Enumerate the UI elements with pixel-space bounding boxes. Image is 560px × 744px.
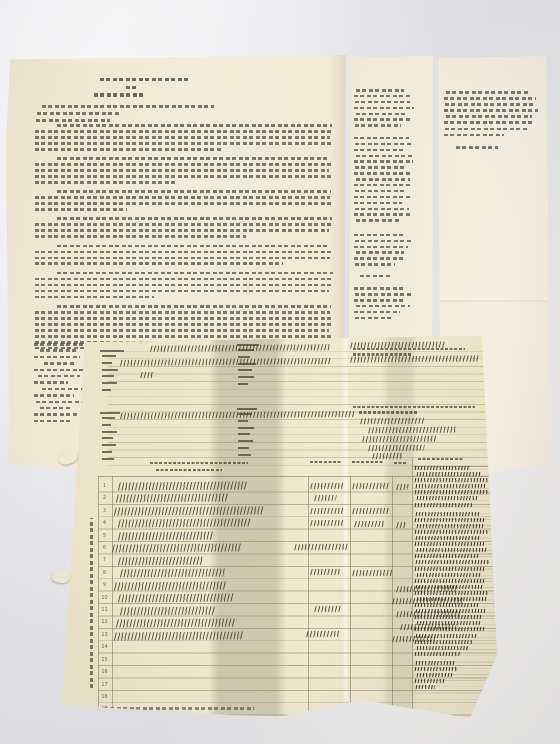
- typed-line: [35, 142, 331, 145]
- handwriting-line: [414, 579, 487, 583]
- handwriting-line: [414, 530, 489, 534]
- typed-line: [38, 375, 80, 378]
- typed-line: [360, 275, 392, 278]
- typed-line: [356, 89, 404, 92]
- typed-line: [57, 124, 332, 127]
- typed-line: [354, 246, 408, 249]
- handwriting-line: [416, 646, 469, 650]
- handwriting-line: [416, 524, 485, 528]
- typed-line: [100, 78, 188, 81]
- typed-line: [35, 296, 154, 299]
- typed-line: [35, 136, 330, 139]
- typed-line: [444, 97, 536, 100]
- handwriting-line: [414, 679, 445, 683]
- typed-line: [354, 107, 414, 110]
- handwriting-line: [414, 503, 473, 507]
- typed-line: [355, 293, 411, 296]
- handwriting-line: [414, 466, 471, 470]
- typed-line: [34, 356, 80, 359]
- typed-line: [34, 369, 89, 372]
- handwriting-line: [416, 673, 455, 677]
- handwritten-entry: [309, 508, 345, 514]
- typed-line: [57, 272, 333, 275]
- typed-line: [35, 278, 331, 281]
- typed-line: [354, 257, 406, 260]
- handwritten-entry: [305, 631, 341, 637]
- typed-line: [126, 86, 136, 89]
- handwriting-line: [414, 652, 461, 656]
- torn-paper-chip: [51, 569, 71, 585]
- handwriting-line: [415, 585, 484, 589]
- handwriting-line: [416, 597, 487, 601]
- typed-line: [37, 112, 119, 115]
- typed-line: [354, 95, 412, 98]
- typed-line: [35, 223, 331, 226]
- letter-title-block: [6, 78, 346, 101]
- letter-page3-text: [444, 91, 548, 152]
- typed-line: [35, 202, 332, 205]
- handwriting-line: [415, 512, 480, 516]
- handwriting-line: [414, 667, 459, 671]
- typed-line: [355, 208, 409, 211]
- typed-line: [354, 234, 404, 237]
- typed-line: [355, 143, 413, 146]
- typed-line: [35, 311, 330, 314]
- handwritten-entry: [313, 606, 340, 612]
- typed-line: [35, 148, 223, 151]
- handwriting-line: [415, 634, 478, 638]
- typed-line: [42, 105, 214, 108]
- typed-line: [35, 251, 332, 254]
- typed-line: [35, 235, 246, 238]
- typed-line: [354, 184, 412, 187]
- typed-line: [34, 394, 74, 397]
- typed-line: [355, 166, 405, 169]
- typed-line: [355, 101, 410, 104]
- handwritten-entry: [395, 522, 406, 528]
- typed-line: [355, 124, 401, 127]
- remarks-column-handwriting: [414, 466, 496, 691]
- typed-line: [354, 299, 404, 302]
- handwriting-line: [416, 573, 483, 577]
- typed-line: [354, 311, 400, 314]
- handwritten-entry: [353, 521, 385, 527]
- handwriting-line: [416, 472, 483, 476]
- handwriting-line: [415, 484, 486, 488]
- typed-line: [355, 317, 393, 320]
- typed-line: [445, 128, 527, 131]
- handwriting-line: [414, 554, 479, 558]
- typed-line: [34, 420, 70, 423]
- typed-line: [356, 113, 408, 116]
- typed-line: [354, 202, 402, 205]
- handwriting-line: [414, 603, 481, 607]
- typed-line: [57, 190, 331, 193]
- fold-crease: [438, 298, 550, 302]
- typed-line: [354, 213, 412, 216]
- handwriting-line: [414, 542, 485, 546]
- handwriting-line: [414, 591, 489, 595]
- typed-line: [356, 251, 404, 254]
- typed-line: [44, 362, 74, 365]
- handwriting-line: [414, 518, 487, 522]
- handwriting-line: [415, 536, 482, 540]
- typed-line: [35, 181, 178, 184]
- handwritten-entry: [309, 569, 341, 575]
- typed-line: [354, 172, 411, 175]
- typed-line: [354, 118, 411, 121]
- typed-line: [356, 178, 410, 181]
- typed-line: [94, 93, 146, 96]
- typed-line: [34, 343, 86, 346]
- footer-printed-line: [104, 707, 254, 710]
- side-printed-note: [90, 518, 93, 688]
- typed-line: [34, 413, 78, 416]
- typed-line: [35, 130, 332, 133]
- typed-line: [35, 317, 331, 320]
- typed-letter-page-2: [349, 56, 433, 354]
- typed-line: [40, 349, 78, 352]
- handwritten-entry: [293, 544, 349, 550]
- handwritten-entry: [351, 508, 391, 514]
- photo-surface: 12345678910111213141516171819: [0, 0, 560, 744]
- typed-line: [445, 103, 533, 106]
- typed-line: [35, 262, 283, 265]
- typed-line: [36, 119, 110, 122]
- typed-line: [444, 109, 538, 112]
- typed-line: [35, 257, 330, 260]
- typed-line: [444, 134, 504, 137]
- typed-line: [456, 146, 498, 149]
- typed-line: [57, 305, 331, 308]
- typed-line: [35, 284, 332, 287]
- handwriting-line: [415, 609, 488, 613]
- typed-line: [35, 290, 329, 293]
- handwritten-entry: [309, 520, 345, 526]
- typed-line: [35, 175, 331, 178]
- typed-line: [57, 217, 332, 220]
- typed-line: [354, 196, 410, 199]
- typed-line: [444, 121, 534, 124]
- typed-line: [446, 115, 532, 118]
- typed-line: [35, 329, 329, 332]
- typed-line: [35, 335, 332, 338]
- typed-line: [36, 401, 88, 404]
- typed-line: [42, 388, 88, 391]
- typed-line: [354, 149, 406, 152]
- handwritten-entry: [351, 570, 393, 576]
- typed-line: [355, 240, 411, 243]
- typed-line: [35, 196, 330, 199]
- handwriting-line: [416, 548, 489, 552]
- typed-line: [355, 263, 395, 266]
- typed-line: [35, 208, 127, 211]
- handwriting-line: [414, 615, 483, 619]
- typed-line: [354, 287, 406, 290]
- typed-line: [34, 381, 68, 384]
- typed-line: [446, 91, 530, 94]
- handwritten-entry: [309, 483, 345, 489]
- typed-line: [35, 163, 332, 166]
- handwriting-line: [415, 560, 490, 564]
- typed-line: [354, 160, 413, 163]
- genealogy-form: 12345678910111213141516171819: [62, 336, 498, 720]
- handwriting-line: [414, 567, 485, 571]
- handwriting-line: [415, 685, 436, 689]
- handwriting-line: [414, 490, 491, 494]
- handwriting-line: [414, 640, 473, 644]
- letter-page2-text: [354, 89, 432, 323]
- typed-line: [35, 323, 332, 326]
- handwritten-entry: [313, 495, 336, 501]
- handwritten-entry: [395, 484, 408, 490]
- letter-body-block: [6, 124, 346, 353]
- typed-line: [356, 155, 412, 158]
- handwriting-line: [416, 496, 479, 500]
- handwriting-line: [415, 661, 456, 665]
- handwritten-entry: [351, 483, 389, 489]
- typed-line: [354, 137, 409, 140]
- typed-line: [35, 229, 329, 232]
- letter-address-block: [6, 105, 346, 126]
- typed-line: [356, 219, 400, 222]
- handwriting-line: [414, 478, 489, 482]
- typed-line: [57, 157, 330, 160]
- typed-line: [40, 407, 70, 410]
- typed-line: [356, 305, 410, 308]
- typed-line: [57, 245, 330, 248]
- typed-line: [355, 190, 407, 193]
- handwriting-line: [416, 621, 481, 625]
- handwriting-line: [414, 627, 485, 631]
- typed-line: [35, 169, 329, 172]
